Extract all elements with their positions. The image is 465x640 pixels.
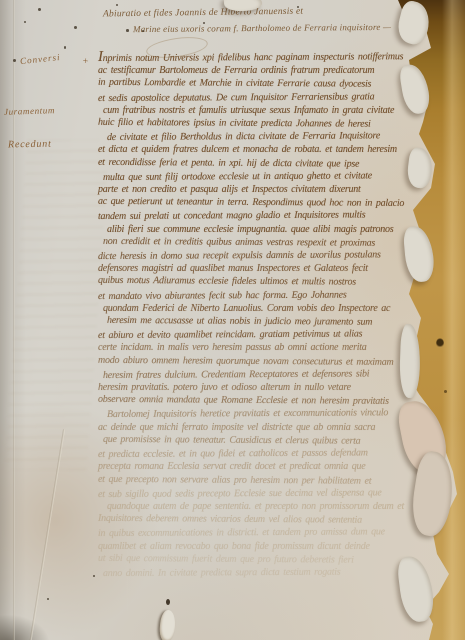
ink-speck	[24, 21, 26, 23]
ink-speck	[297, 6, 299, 8]
manuscript-page: Abiuratio et fides Joannis de Hiberto Ja…	[0, 0, 465, 640]
body-line: de civitate et filio Bertholdus in dicta…	[98, 129, 443, 144]
body-line: certe incidam. in malis vero heresim pas…	[98, 341, 443, 354]
body-line: Inprimis notum Universis xpi fidelibus h…	[98, 49, 443, 65]
ink-speck	[126, 29, 129, 32]
body-line: et sub sigillo quod sedis precepto Eccle…	[98, 486, 443, 501]
body-line: ac deinde que michi ferrato imposite vel…	[98, 421, 443, 434]
ink-speck	[203, 22, 205, 24]
body-line: quamlibet et aliam revocabo quo bona fid…	[98, 540, 443, 553]
ink-speck	[116, 4, 118, 6]
margin-note-juramentum: Juramentum	[4, 105, 55, 117]
body-line: anno domini. In civitate predicta supra …	[98, 565, 443, 580]
margin-note-conversi: Conversi	[20, 52, 61, 66]
torn-flap	[399, 324, 422, 399]
ink-speck	[38, 8, 41, 11]
body-line: et mandato vivo abiurantes fecit sub hac…	[98, 288, 443, 303]
ink-speck	[47, 598, 49, 600]
body-line: heresim fratres dulcium. Credentiam Rece…	[98, 367, 443, 382]
body-line: quondam Federici de Niberto Lanuolius. C…	[98, 302, 443, 315]
paper-curl-tear	[158, 609, 176, 640]
heading-line-2: Marine eius uxoris coram f. Bartholomeo …	[133, 22, 391, 34]
ink-speck	[74, 26, 77, 29]
ink-speck	[93, 575, 95, 577]
margin-cross-mark: +	[81, 56, 89, 68]
manuscript-photo: Abiuratio et fides Joannis de Hiberto Ja…	[0, 0, 465, 640]
heading-line-1: Abiuratio et fides Joannis de Hiberto Ja…	[103, 7, 303, 20]
body-line: quandoque autem de pape sententia. et pr…	[98, 500, 443, 513]
parchment-hole	[436, 338, 444, 348]
ink-speck	[142, 30, 144, 32]
parchment-speck	[444, 390, 447, 393]
ink-speck	[13, 59, 16, 62]
body-text: Inprimis notum Universis xpi fidelibus h…	[98, 50, 443, 579]
body-line: Bartolomej Inquisitoris heretice pravita…	[98, 406, 443, 421]
ink-bleedthrough	[4, 140, 109, 470]
body-line: et abiuro et devito quamlibet reincidam.…	[98, 327, 443, 342]
body-line: alibi fieri sue commune ecclesie impugna…	[98, 223, 443, 236]
worm-hole	[166, 599, 170, 605]
body-line: et sedis apostolice deputatus. De cum In…	[98, 90, 443, 105]
body-line: precepta romana Ecclesia servat credit d…	[98, 460, 443, 473]
body-line: tandem sui prelati ut concedant magno gl…	[98, 208, 443, 223]
margin-note-recedunt: Recedunt	[8, 139, 52, 151]
body-line: multa que sunt filij ortodoxe ecclesie u…	[98, 169, 443, 184]
body-line: in quibus excommunicationes in districti…	[98, 525, 443, 540]
ink-speck	[64, 46, 66, 49]
body-line: dicte heresis in domo sua recepit expuls…	[98, 248, 443, 263]
body-line: et dicta et quidem fratres dulcem et mon…	[98, 143, 443, 156]
body-line: et predicta ecclesie. et in quo fidei et…	[98, 446, 443, 461]
body-line: cum fratribus nostris et famulis utriusq…	[98, 104, 443, 117]
